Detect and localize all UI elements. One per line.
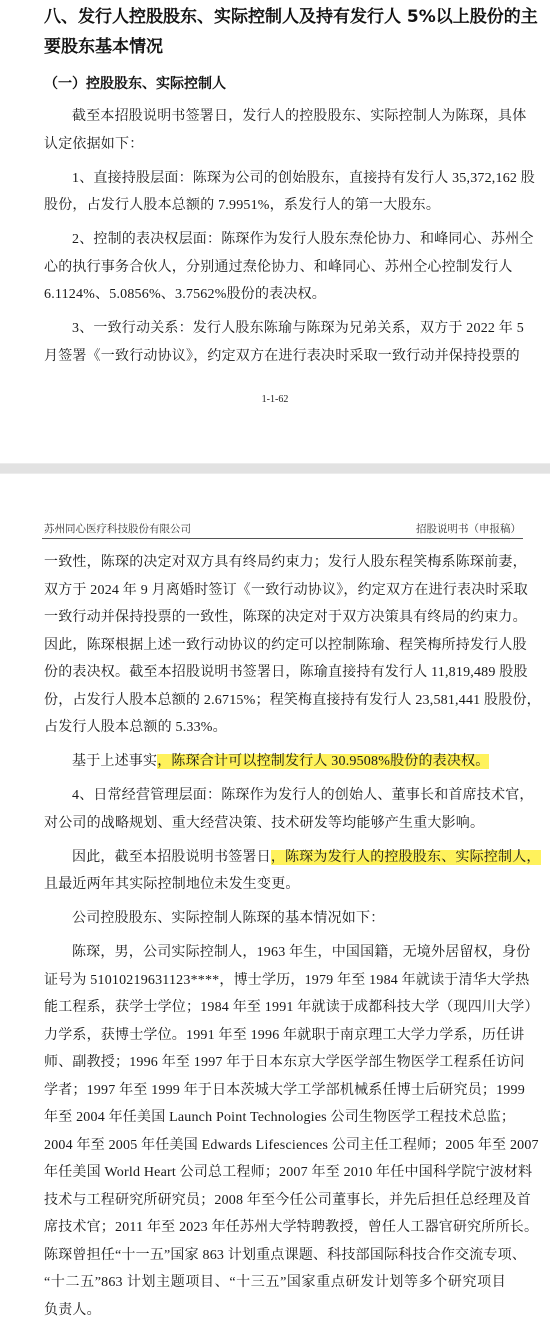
- text-line: 技术与工程研究所研究员；2008 年至今任公司董事长，并先后担任总经理及首: [44, 1187, 506, 1215]
- page-separator: [0, 463, 550, 474]
- text-span: 因此，截至本招股说明书签署日: [72, 850, 271, 865]
- text-line: 陈琛，男，公司实际控制人，1963 年生，中国国籍，无境外居留权，身份: [44, 939, 506, 967]
- text-line: 认定依据如下：: [44, 131, 506, 159]
- page1-body: 截至本招股说明书签署日，发行人的控股股东、实际控制人为陈琛，具体 认定依据如下：…: [44, 103, 506, 370]
- text-line: 年任美国 World Heart 公司总工程师；2007 年至 2010 年任中…: [44, 1159, 506, 1187]
- text-line: 心的执行事务合伙人，分别通过焘伦协力、和峰同心、苏州仝心控制发行人: [44, 254, 506, 282]
- document-page-1: 八、发行人控股股东、实际控制人及持有发行人 5%以上股份的主 要股东基本情况 （…: [0, 0, 550, 463]
- conclusion-voting-rights: 基于上述事实，陈琛合计可以控制发行人 30.9508%股份的表决权。: [44, 748, 506, 776]
- text-line: “十二五”863 计划主题项目、“十三五”国家重点研发计划等多个研究项目: [44, 1269, 506, 1297]
- text-line: 截至本招股说明书签署日，发行人的控股股东、实际控制人为陈琛，具体: [44, 103, 506, 131]
- text-line: 一致行动并保持投票的一致性，陈琛的决定对于双方决策具有终局的约束力。: [44, 604, 506, 632]
- text-line: 6.1124%、5.0856%、3.7562%股份的表决权。: [44, 281, 506, 309]
- conclusion-controller: 因此，截至本招股说明书签署日，陈琛为发行人的控股股东、实际控制人，: [44, 844, 506, 872]
- text-line: 占发行人股本总额的 5.33%。: [44, 714, 506, 742]
- text-line: 陈琛曾担任“十一五”国家 863 计划重点课题、科技部国际科技合作交流专项、: [44, 1242, 506, 1270]
- text-line: 2、控制的表决权层面：陈琛作为发行人股东焘伦协力、和峰同心、苏州仝: [44, 226, 506, 254]
- subsection-heading: （一）控股股东、实际控制人: [44, 74, 226, 94]
- text-line: 能工程系，获学士学位；1984 年至 1991 年就读于成都科技大学（现四川大学…: [44, 994, 506, 1022]
- text-line: 证号为 51010219631123****，博士学历，1979 年至 1984…: [44, 967, 506, 995]
- text-span: 基于上述事实: [72, 754, 157, 769]
- header-document-type: 招股说明书（申报稿）: [416, 521, 521, 536]
- text-line: 1、直接持股层面：陈琛为公司的创始股东，直接持有发行人 35,372,162 股: [44, 165, 506, 193]
- page2-body: 一致性，陈琛的决定对双方具有终局约束力；发行人股东程笑梅系陈琛前妻， 双方于 2…: [44, 549, 506, 1322]
- text-line: 席技术官；2011 年至 2023 年任苏州大学特聘教授，曾任人工器官研究所所长…: [44, 1214, 506, 1242]
- page-number: 1-1-62: [0, 394, 550, 405]
- text-line: 双方于 2024 年 9 月离婚时签订《一致行动协议》，约定双方在进行表决时采取: [44, 577, 506, 605]
- text-line: 份，占发行人股本总额的 2.6715%；程笑梅直接持有发行人 23,581,44…: [44, 687, 506, 715]
- text-line: 负责人。: [44, 1297, 506, 1322]
- text-line: 师、副教授；1996 年至 1997 年于日本东京大学医学部生物医学工程系任访问: [44, 1049, 506, 1077]
- text-line: 因此，陈琛根据上述一致行动协议的约定可以控制陈瑜、程笑梅所持发行人股: [44, 632, 506, 660]
- document-page-2: 苏州同心医疗科技股份有限公司 招股说明书（申报稿） 一致性，陈琛的决定对双方具有…: [0, 474, 550, 1322]
- text-line: 股份，占发行人股本总额的 7.9951%，系发行人的第一大股东。: [44, 192, 506, 220]
- section-heading-line-2: 要股东基本情况: [44, 32, 524, 62]
- text-line: 月签署《一致行动协议》，约定双方在进行表决时采取一致行动并保持投票的: [44, 343, 506, 371]
- text-line: 年至 2004 年任美国 Launch Point Technologies 公…: [44, 1104, 506, 1132]
- text-line: 份的表决权。截至本招股说明书签署日，陈瑜直接持有发行人 11,819,489 股…: [44, 659, 506, 687]
- bio-intro: 公司控股股东、实际控制人陈琛的基本情况如下：: [44, 905, 506, 933]
- highlighted-text: ，陈琛为发行人的控股股东、实际控制人，: [271, 850, 541, 865]
- text-line: 学者；1997 年至 1999 年于日本茨城大学工学部机械系任博士后研究员；19…: [44, 1077, 506, 1105]
- text-line: 2004 年至 2005 年任美国 Edwards Lifesciences 公…: [44, 1132, 506, 1160]
- text-line: 力学系，获博士学位。1991 年至 1996 年就职于南京理工大学力学系，历任讲: [44, 1022, 506, 1050]
- text-line: 一致性，陈琛的决定对双方具有终局约束力；发行人股东程笑梅系陈琛前妻，: [44, 549, 506, 577]
- text-line: 且最近两年其实际控制地位未发生变更。: [44, 871, 506, 899]
- text-line: 3、一致行动关系：发行人股东陈瑜与陈琛为兄弟关系，双方于 2022 年 5: [44, 315, 506, 343]
- running-header: 苏州同心医疗科技股份有限公司 招股说明书（申报稿）: [42, 521, 523, 539]
- section-heading-line-1: 八、发行人控股股东、实际控制人及持有发行人 5%以上股份的主: [44, 2, 524, 32]
- header-company-name: 苏州同心医疗科技股份有限公司: [44, 521, 191, 536]
- text-line: 4、日常经营管理层面：陈琛作为发行人的创始人、董事长和首席技术官，: [44, 782, 506, 810]
- text-line: 对公司的战略规划、重大经营决策、技术研发等均能够产生重大影响。: [44, 810, 506, 838]
- highlighted-text: ，陈琛合计可以控制发行人 30.9508%股份的表决权。: [157, 754, 489, 769]
